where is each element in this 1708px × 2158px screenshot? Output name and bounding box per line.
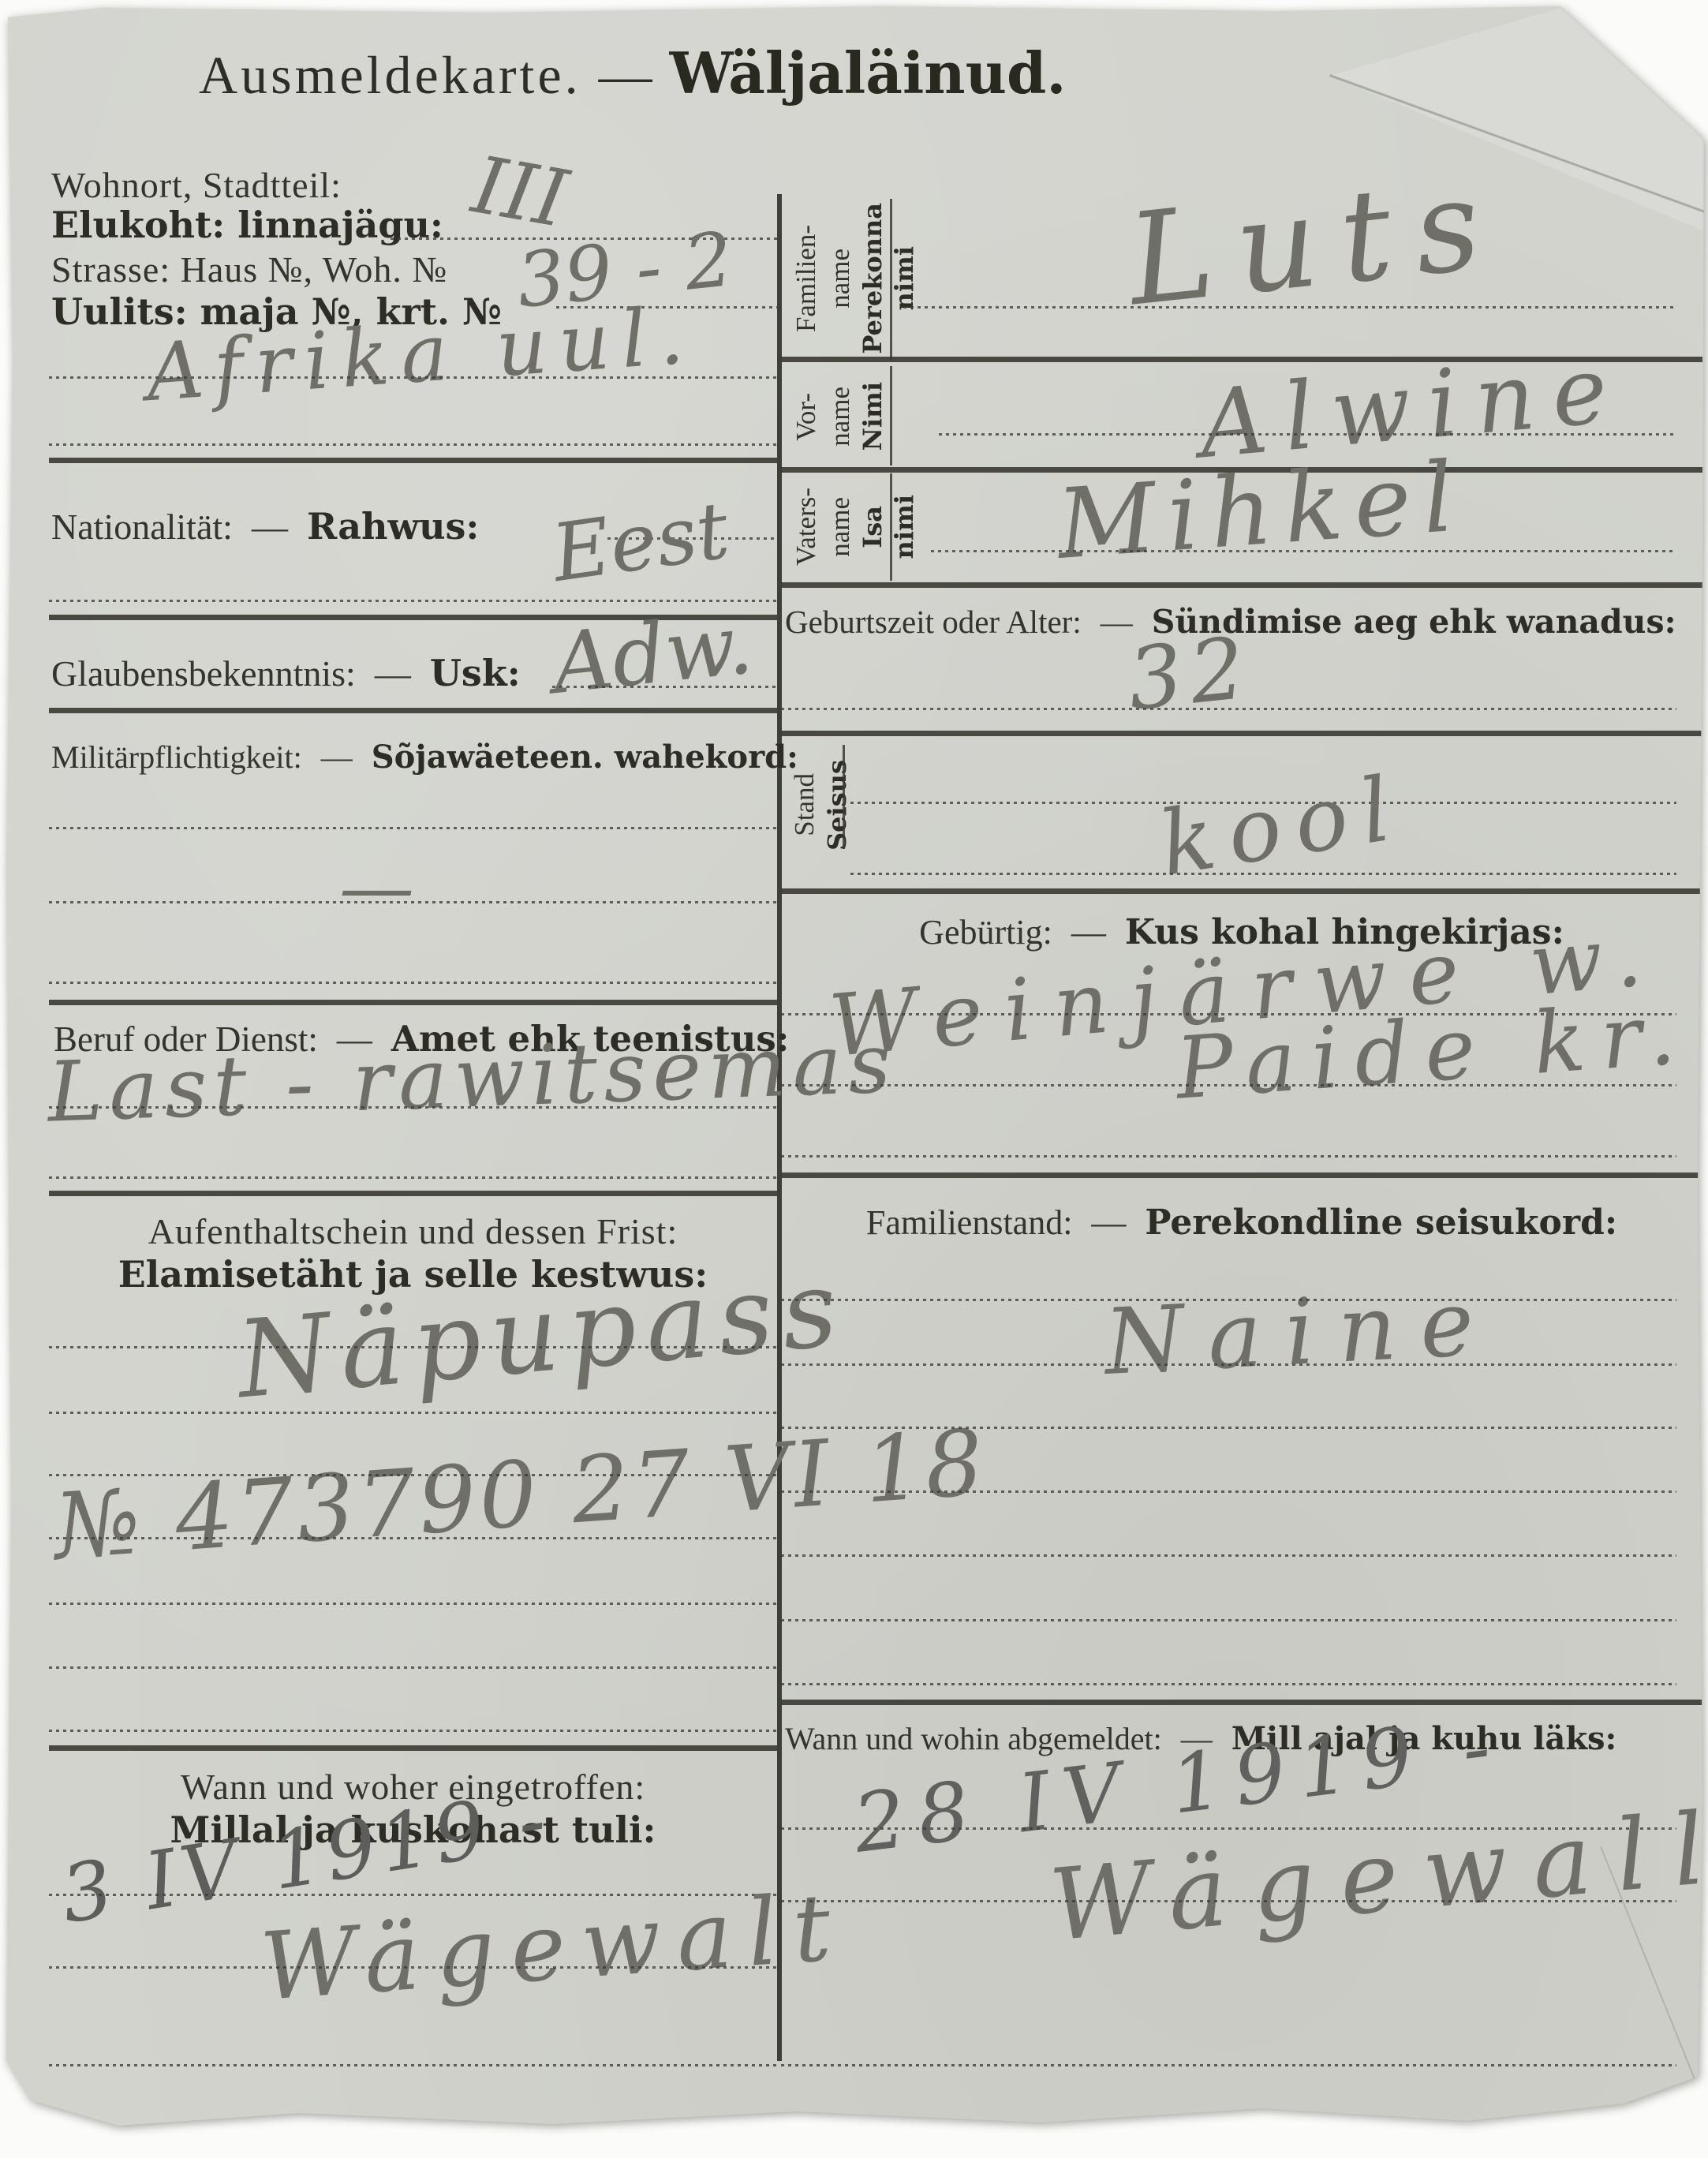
father-name-label: Vaters- name Isa nimi: [792, 473, 917, 581]
marital-label-german: Familienstand:: [866, 1202, 1073, 1243]
section-rule: [781, 1700, 1702, 1705]
label-separator-line: [890, 473, 892, 581]
title-german: Ausmeldekarte.: [199, 44, 581, 107]
first-name-label-estonian: Nimi: [860, 382, 885, 451]
dotted-line: [781, 1683, 1676, 1685]
status-label-german: Stand: [790, 773, 818, 836]
dotted-line: [781, 1900, 1676, 1902]
district-entry-handwriting: III: [466, 139, 574, 246]
section-rule: [49, 1745, 777, 1751]
title-dash: —: [599, 44, 652, 107]
dotted-line: [49, 982, 777, 984]
dotted-line: [49, 443, 777, 446]
dotted-line: [49, 2064, 777, 2066]
dotted-line: [552, 686, 777, 688]
marital-label: Familienstand: — Perekondline seisukord:: [781, 1202, 1702, 1243]
dotted-line: [49, 1346, 777, 1348]
label-dash: —: [1071, 912, 1106, 952]
dotted-line: [49, 1474, 777, 1476]
document-title: Ausmeldekarte. — Wäljaläinud.: [199, 39, 1066, 107]
dotted-line: [49, 1730, 777, 1732]
age-handwriting: 32: [1123, 619, 1258, 730]
section-rule: [781, 1173, 1702, 1178]
label-separator-line: [843, 745, 845, 849]
dotted-line: [781, 1490, 1676, 1493]
label-dash: —: [321, 739, 353, 776]
father-name-handwriting: Mihkel: [1054, 440, 1469, 581]
father-name-label-german-2: name: [826, 497, 854, 557]
label-dash: —: [1091, 1202, 1126, 1243]
section-rule: [49, 708, 777, 713]
paper-sheet: Ausmeldekarte. — Wäljaläinud. Wohnort, S…: [0, 0, 1708, 2158]
religion-label-estonian: Usk:: [430, 652, 521, 694]
dotted-line: [49, 901, 777, 903]
dotted-line: [781, 1299, 1676, 1301]
first-name-label-german-1: Vor-: [792, 393, 820, 441]
family-name-label: Familien- name Perekonna nimi: [792, 200, 917, 357]
label-dash: —: [375, 653, 411, 694]
elukoht-label: Elukoht: linnajägu:: [51, 204, 443, 246]
religion-label: Glaubensbekenntnis: — Usk:: [51, 652, 521, 694]
family-name-label-estonian-1: Perekonna: [860, 203, 885, 354]
dotted-line: [781, 2064, 1676, 2066]
dotted-line: [781, 1155, 1676, 1158]
dotted-line: [903, 306, 1676, 309]
dotted-line: [850, 873, 1676, 875]
dotted-line: [49, 1106, 777, 1109]
family-name-label-german-2: name: [826, 249, 854, 309]
paper-sheet-wrap: Ausmeldekarte. — Wäljaläinud. Wohnort, S…: [0, 0, 1708, 2158]
military-label: Militärpflichtigkeit: — Sõjawäeteen. wah…: [51, 739, 798, 776]
dotted-line: [781, 708, 1676, 710]
column-divider: [777, 194, 782, 2061]
strasse-label: Strasse: Haus №, Woh. №: [51, 249, 447, 290]
dotted-line: [49, 1603, 777, 1605]
marital-label-estonian: Perekondline seisukord:: [1145, 1202, 1617, 1243]
status-label: Stand Seisus: [790, 748, 850, 862]
nationality-label-estonian: Rahwus:: [307, 505, 479, 548]
military-label-german: Militärpflichtigkeit:: [51, 739, 302, 776]
dotted-line: [781, 1084, 1676, 1086]
dotted-line: [49, 1966, 777, 1969]
dotted-line: [781, 1619, 1676, 1621]
dotted-line: [49, 376, 777, 379]
status-label-estonian: Seisus: [824, 760, 850, 851]
dotted-line: [931, 550, 1676, 552]
religion-label-german: Glaubensbekenntnis:: [51, 653, 356, 694]
dotted-line: [49, 1537, 777, 1539]
label-dash: —: [252, 506, 288, 548]
section-rule: [781, 888, 1702, 894]
father-name-label-estonian-2: nimi: [891, 495, 917, 559]
dotted-line: [49, 827, 777, 829]
first-name-label: Vor- name Nimi: [792, 368, 885, 466]
section-rule: [49, 458, 777, 463]
family-name-label-estonian-2: nimi: [891, 246, 917, 310]
section-rule: [781, 731, 1702, 736]
nationality-label-german: Nationalität:: [51, 506, 233, 548]
label-separator-line: [890, 199, 892, 360]
dotted-line: [49, 1412, 777, 1414]
permit-label-german: Aufenthaltschein und dessen Frist:: [49, 1210, 777, 1252]
wohnort-label: Wohnort, Stadtteil:: [51, 164, 342, 206]
dotted-line: [781, 1363, 1676, 1366]
dotted-line: [781, 1427, 1676, 1429]
scanned-document-canvas: Ausmeldekarte. — Wäljaläinud. Wohnort, S…: [0, 0, 1708, 2158]
military-label-estonian: Sõjawäeteen. wahekord:: [372, 739, 798, 776]
family-name-label-german-1: Familien-: [792, 225, 820, 332]
dotted-line: [939, 433, 1676, 436]
dotted-line: [781, 1554, 1676, 1557]
section-rule: [781, 582, 1702, 588]
title-estonian: Wäljaläinud.: [670, 39, 1067, 107]
marital-entry-handwriting: Naine: [1102, 1270, 1500, 1396]
section-rule: [49, 1000, 777, 1005]
section-rule: [49, 1191, 777, 1196]
nationality-entry-handwriting: Eest: [547, 484, 734, 600]
birth-label-german: Geburtszeit oder Alter:: [785, 603, 1082, 641]
dotted-line: [49, 1176, 777, 1179]
origin-label-german: Gebürtig:: [919, 912, 1052, 952]
dotted-line: [49, 600, 777, 602]
label-separator-line: [890, 366, 892, 466]
dotted-line: [49, 1666, 777, 1669]
first-name-label-german-2: name: [826, 387, 854, 447]
father-name-label-german-1: Vaters-: [792, 488, 820, 566]
military-entry-handwriting: —: [339, 844, 414, 931]
religion-entry-handwriting: Adw.: [548, 596, 757, 712]
father-name-label-estonian-1: Isa: [860, 506, 885, 548]
nationality-label: Nationalität: — Rahwus:: [51, 505, 479, 548]
